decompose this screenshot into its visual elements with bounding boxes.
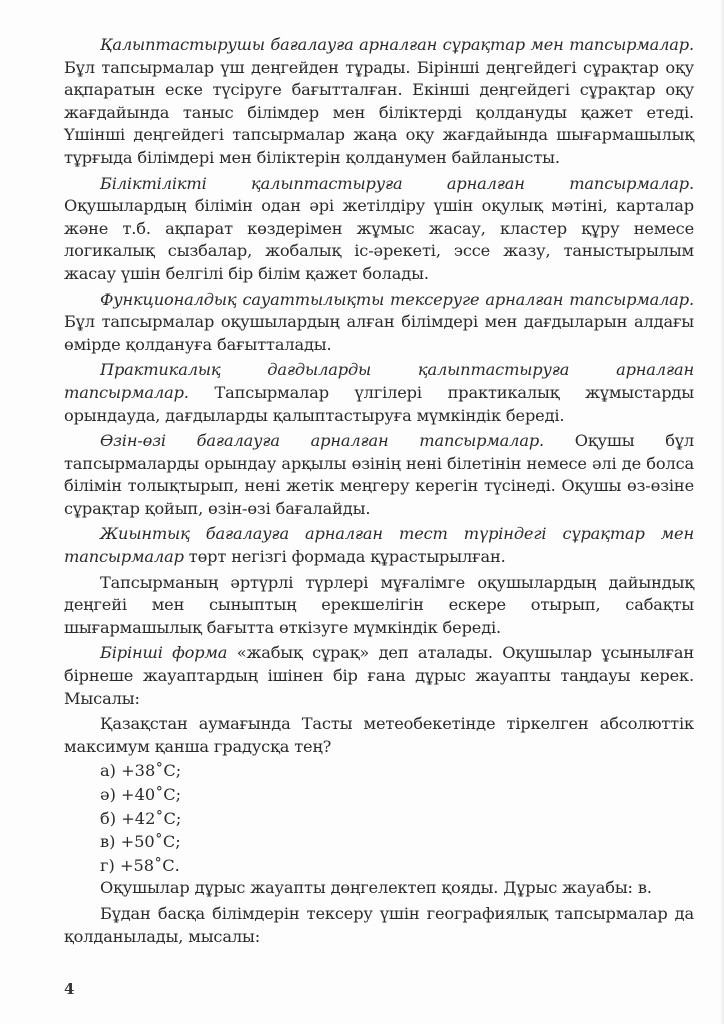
paragraph-first-form: Бірінші форма «жабық сұрақ» деп аталады.…	[64, 642, 694, 710]
paragraph-body: төрт негізгі формада құрастырылған.	[184, 547, 506, 566]
example-question: Қазақстан аумағында Тасты метеобекетінде…	[64, 713, 694, 758]
page-edge-shadow	[720, 0, 724, 1024]
paragraph-other-tasks: Бұдан басқа білімдерін тексеру үшін геог…	[64, 903, 694, 948]
paragraph-lead: Бірінші форма	[100, 643, 227, 662]
paragraph-correct-answer: Оқушылар дұрыс жауапты дөңгелектеп қояды…	[64, 877, 694, 900]
answer-options: а) +38˚С; ә) +40˚С; б) +42˚С; в) +50˚С; …	[64, 759, 694, 877]
answer-option-ae: ә) +40˚С;	[100, 783, 694, 807]
paragraph-lead: Біліктілікті қалыптастыруға арналған тап…	[100, 174, 694, 193]
paragraph-lead: Қалыптастырушы бағалауға арналған сұрақт…	[100, 35, 694, 54]
page-number: 4	[64, 980, 74, 998]
paragraph-body: Оқушылардың білімін одан әрі жетілдіру ү…	[64, 196, 694, 283]
paragraph-lead: Функционалдық сауаттылықты тексеруге арн…	[100, 290, 694, 309]
paragraph-functional-literacy: Функционалдық сауаттылықты тексеруге арн…	[64, 289, 694, 357]
paragraph-task-types: Тапсырманың әртүрлі түрлері мұғалімге оқ…	[64, 572, 694, 640]
paragraph-practical-skills: Практикалық дағдыларды қалыптастыруға ар…	[64, 359, 694, 427]
answer-option-b: б) +42˚С;	[100, 807, 694, 831]
paragraph-self-assessment: Өзін-өзі бағалауға арналған тапсырмалар.…	[64, 430, 694, 520]
paragraph-body: Бұл тапсырмалар оқушылардың алған білімд…	[64, 312, 694, 354]
answer-option-a: а) +38˚С;	[100, 759, 694, 783]
answer-option-v: в) +50˚С;	[100, 830, 694, 854]
paragraph-formative-assessment: Қалыптастырушы бағалауға арналған сұрақт…	[64, 34, 694, 170]
document-page: Қалыптастырушы бағалауға арналған сұрақт…	[0, 0, 724, 1024]
paragraph-skills-tasks: Біліктілікті қалыптастыруға арналған тап…	[64, 173, 694, 286]
paragraph-summative-tests: Жиынтық бағалауға арналған тест түріндег…	[64, 523, 694, 568]
paragraph-lead: Өзін-өзі бағалауға арналған тапсырмалар.	[100, 431, 544, 450]
paragraph-body: Тапсырманың әртүрлі түрлері мұғалімге оқ…	[64, 573, 694, 637]
paragraph-body: Бұл тапсырмалар үш деңгейден тұрады. Бір…	[64, 58, 694, 167]
answer-option-g: г) +58˚С.	[100, 854, 694, 878]
body-text: Қалыптастырушы бағалауға арналған сұрақт…	[64, 34, 694, 951]
